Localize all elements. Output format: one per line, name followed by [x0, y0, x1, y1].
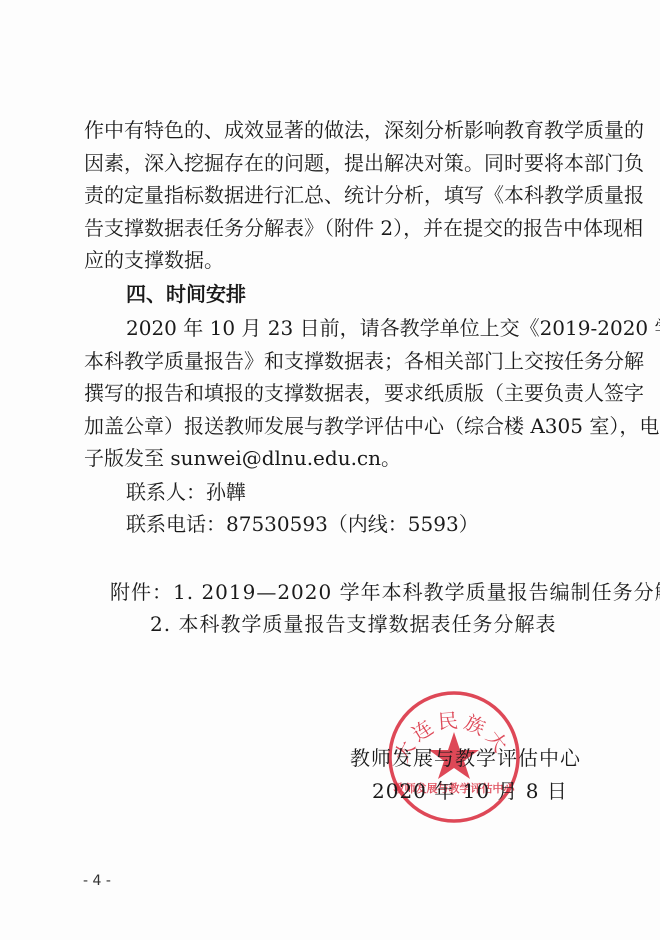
attachment-item-1: 附件：1. 2019—2020 学年本科教学质量报告编制任务分解表: [110, 580, 660, 604]
signature-date: 2020 年 10 月 8 日: [372, 779, 568, 803]
body-text-line: 撰写的报告和填报的支撑数据表，要求纸质版（主要负责人签字: [84, 381, 586, 405]
body-text-line: 2020 年 10 月 23 日前，请各教学单位上交《2019-2020 学年: [126, 316, 586, 340]
attachment-item-2: 2. 本科教学质量报告支撑数据表任务分解表: [150, 612, 556, 636]
body-text-line: 作中有特色的、成效显著的做法，深刻分析影响教育教学质量的: [84, 118, 586, 142]
contact-person: 联系人：孙韡: [126, 480, 586, 504]
body-text-line: 应的支撑数据。: [84, 248, 586, 272]
page-number: - 4 -: [83, 873, 111, 889]
section-heading: 四、时间安排: [126, 282, 628, 306]
signature-org: 教师发展与教学评估中心: [350, 746, 581, 770]
body-text-line: 责的定量指标数据进行汇总、统计分析，填写《本科教学质量报: [84, 183, 586, 207]
body-text-line: 因素，深入挖掘存在的问题，提出解决对策。同时要将本部门负: [84, 151, 586, 175]
body-text-line: 告支撑数据表任务分解表》（附件 2），并在提交的报告中体现相: [84, 216, 586, 240]
body-text-line: 本科教学质量报告》和支撑数据表；各相关部门上交按任务分解: [84, 349, 586, 373]
body-text-line: 加盖公章）报送教师发展与教学评估中心（综合楼 A305 室），电: [84, 414, 586, 438]
document-page: 作中有特色的、成效显著的做法，深刻分析影响教育教学质量的 因素，深入挖掘存在的问…: [0, 0, 660, 940]
contact-phone: 联系电话：87530593（内线：5593）: [126, 512, 586, 536]
body-text-line: 子版发至 sunwei@dlnu.edu.cn。: [84, 446, 586, 470]
